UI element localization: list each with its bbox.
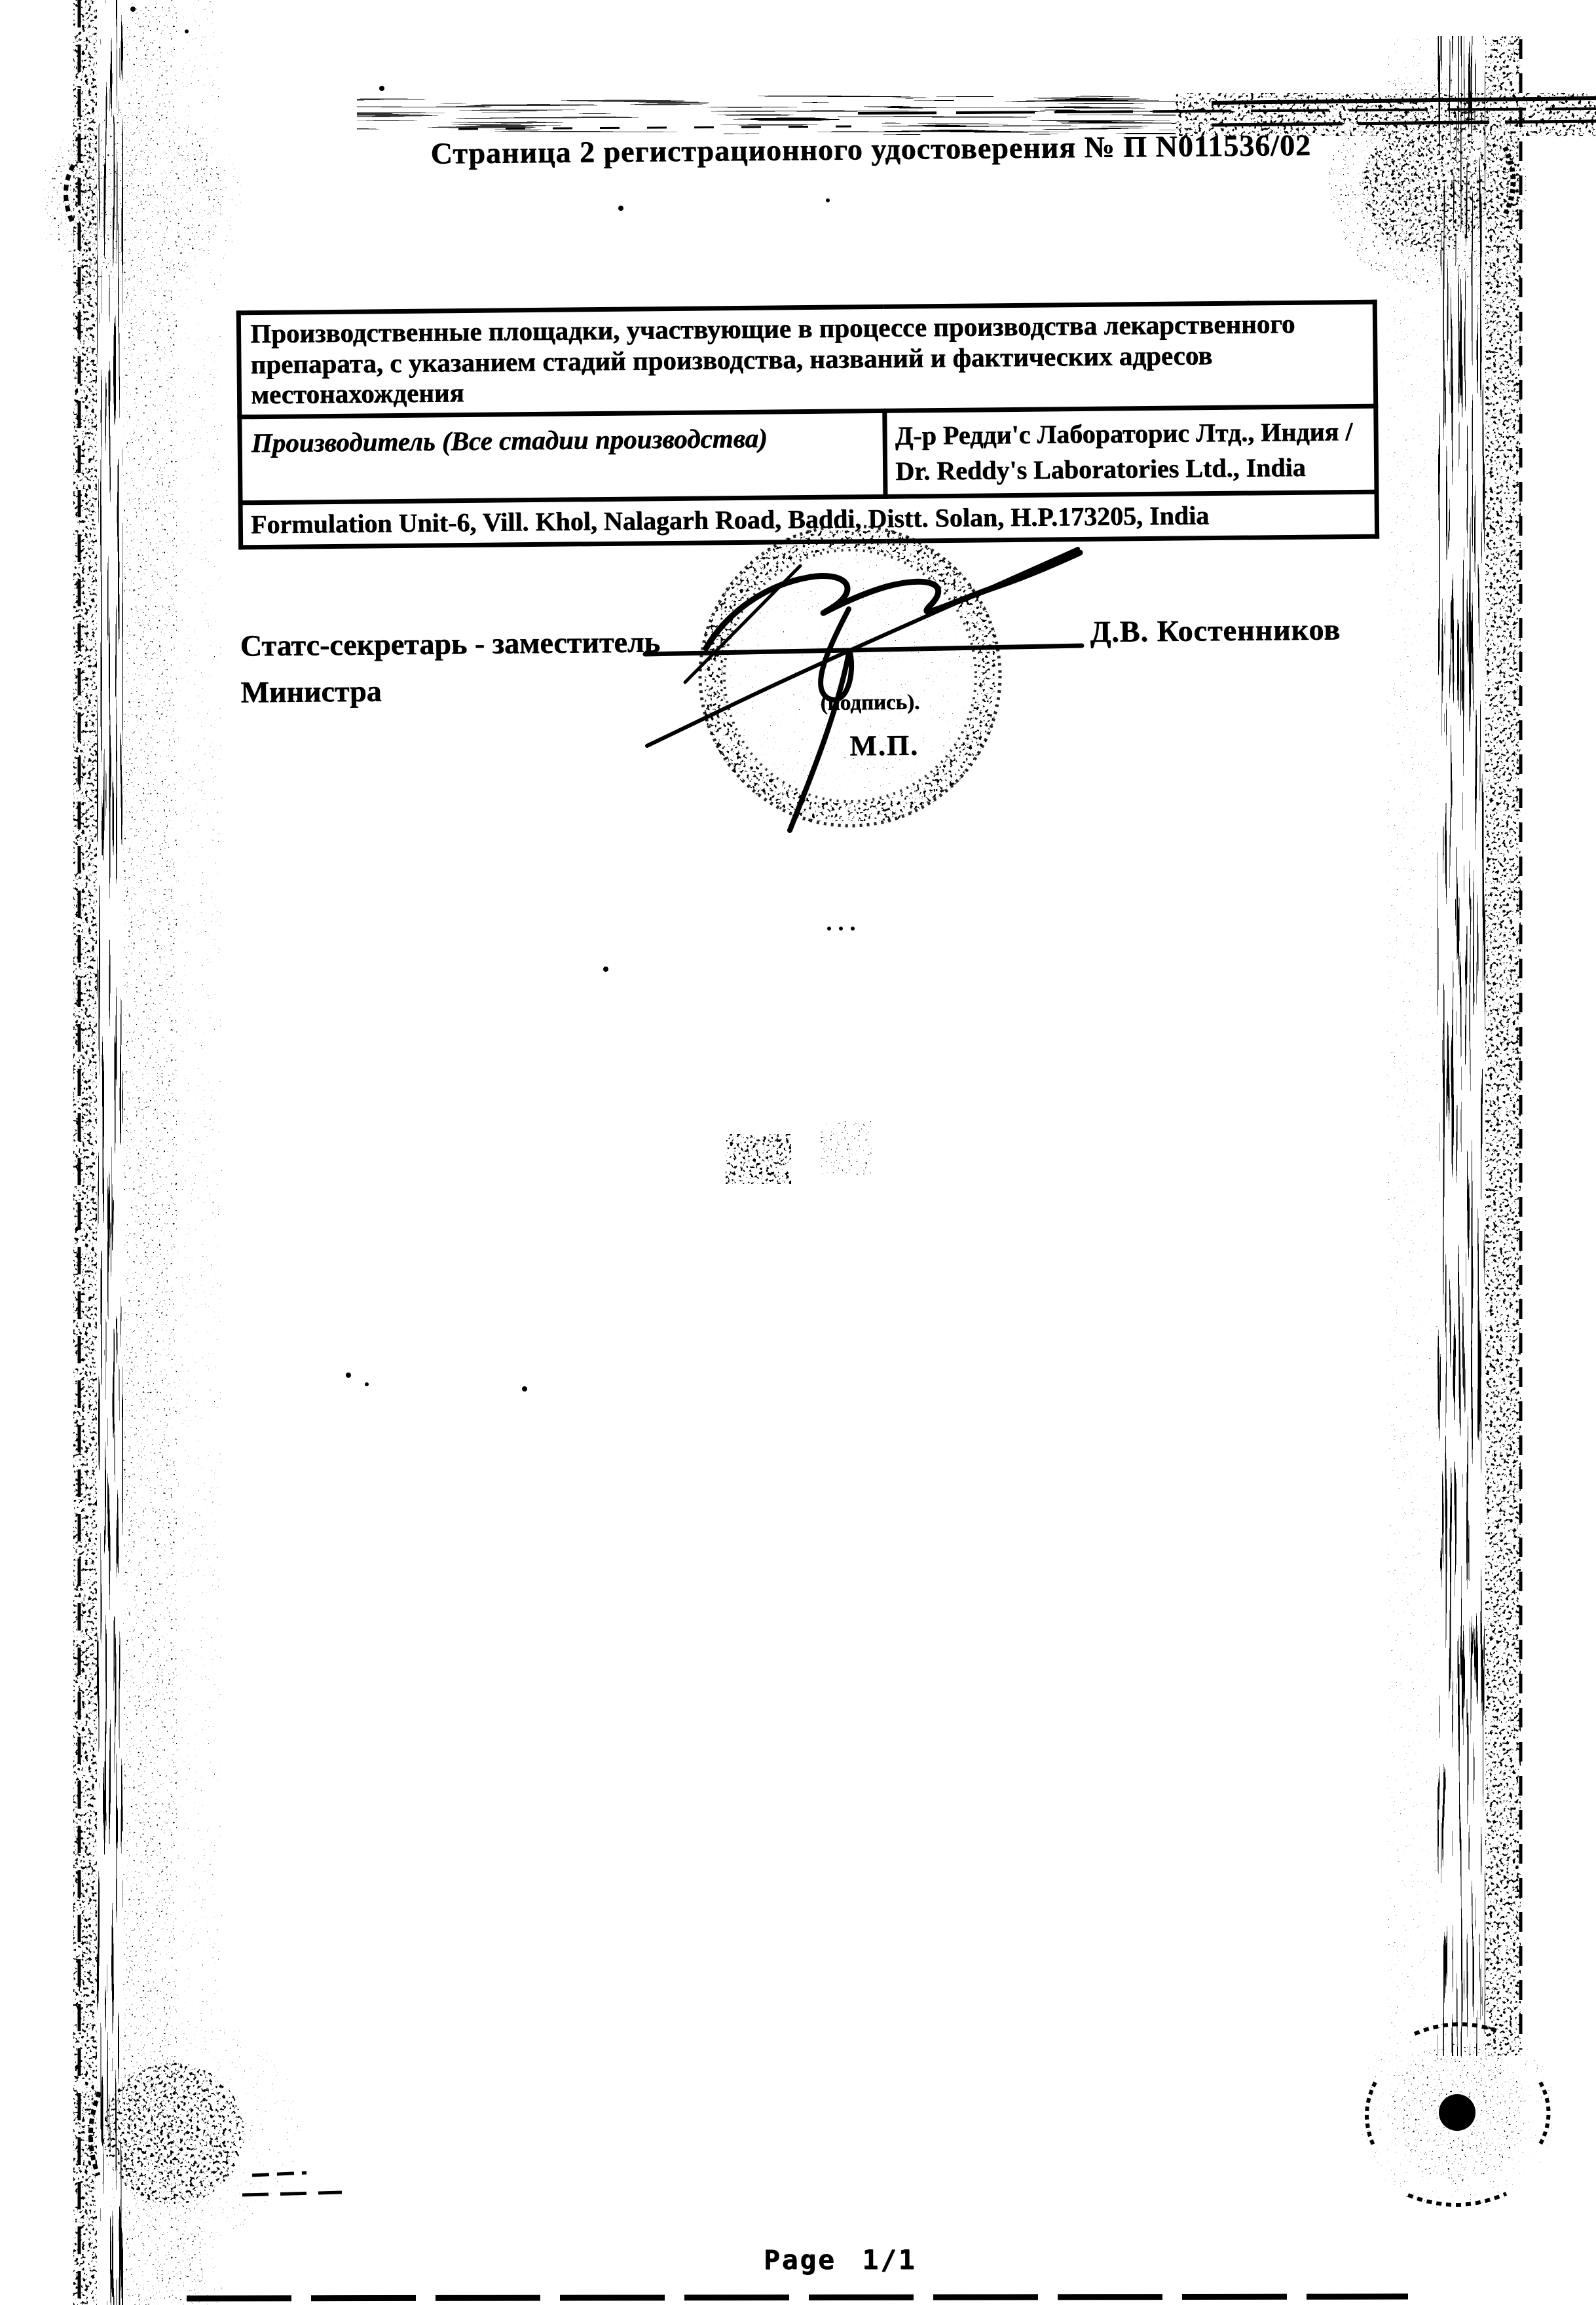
signatory-title-line1: Статс-секретарь - заместитель (240, 618, 660, 669)
seal-caption: М.П. (849, 728, 919, 762)
document-content: Страница 2 регистрационного удостоверени… (0, 0, 1596, 2305)
page-number-footer: Page 1/1 (764, 2244, 916, 2276)
table-row: Производитель (Все стадии производства) … (240, 406, 1377, 503)
signatory-title: Статс-секретарь - заместитель Министра (240, 618, 661, 716)
production-sites-table: Производственные площадки, участвующие в… (236, 300, 1379, 550)
manufacturer-name-en: Dr. Reddy's Laboratories Ltd., India (895, 449, 1366, 489)
signatory-name: Д.В. Костенников (1090, 612, 1341, 649)
table-row: Производственные площадки, участвующие в… (238, 302, 1375, 417)
manufacturer-role-cell: Производитель (Все стадии производства) (240, 411, 885, 503)
manufacturer-name-cell: Д-р Редди'с Лабораторис Лтд., Индия / Dr… (885, 406, 1377, 496)
signatory-title-line2: Министра (240, 665, 661, 715)
page-header-line: Страница 2 регистрационного удостоверени… (430, 128, 1311, 171)
table-title-cell: Производственные площадки, участвующие в… (238, 302, 1375, 417)
manufacturer-name-ru: Д-р Редди'с Лабораторис Лтд., Индия / (895, 414, 1365, 454)
scanned-document-page: Страница 2 регистрационного удостоверени… (0, 0, 1596, 2305)
signature-caption: (подпись). (820, 690, 919, 715)
